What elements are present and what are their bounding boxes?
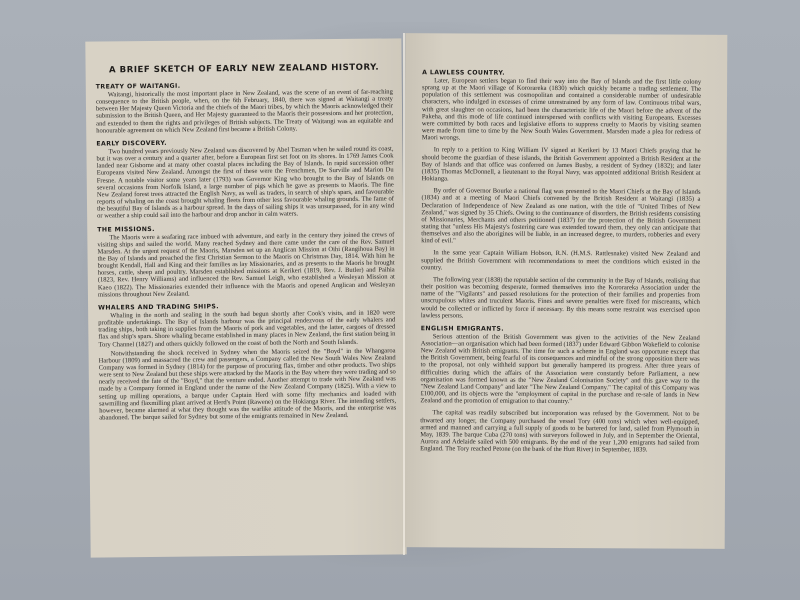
paragraph: Waitangi, historically the most importan… (96, 88, 393, 134)
paragraph: Whaling in the north and sealing in the … (98, 309, 395, 348)
paragraph: The following year (1838) the reputable … (421, 276, 700, 320)
paragraph: Later, European settlers began to find t… (422, 77, 701, 143)
heading-a-lawless-country: A LAWLESS COUNTRY. (422, 69, 701, 77)
left-page: A BRIEF SKETCH OF EARLY NEW ZEALAND HIST… (85, 38, 406, 557)
document-title: A BRIEF SKETCH OF EARLY NEW ZEALAND HIST… (96, 62, 393, 75)
booklet-spine (403, 33, 405, 555)
paragraph: Two hundred years previously New Zealand… (96, 145, 394, 220)
paragraph: Notwithstanding the shock received in Sy… (99, 347, 397, 422)
right-page: A LAWLESS COUNTRY. Later, European settl… (403, 33, 728, 549)
paragraph: The capital was readily subscribed but i… (420, 410, 699, 454)
paragraph: The Maoris were a seafaring race imbued … (97, 231, 395, 299)
paragraph: In the same year Captain William Hobson,… (421, 250, 700, 273)
paragraph: In reply to a petition to King William I… (422, 147, 701, 184)
paragraph: By order of Governor Bourke a national f… (421, 187, 700, 246)
heading-english-emigrants: ENGLISH EMIGRANTS. (421, 325, 700, 333)
paragraph: Serious attention of the British Governm… (420, 333, 699, 406)
